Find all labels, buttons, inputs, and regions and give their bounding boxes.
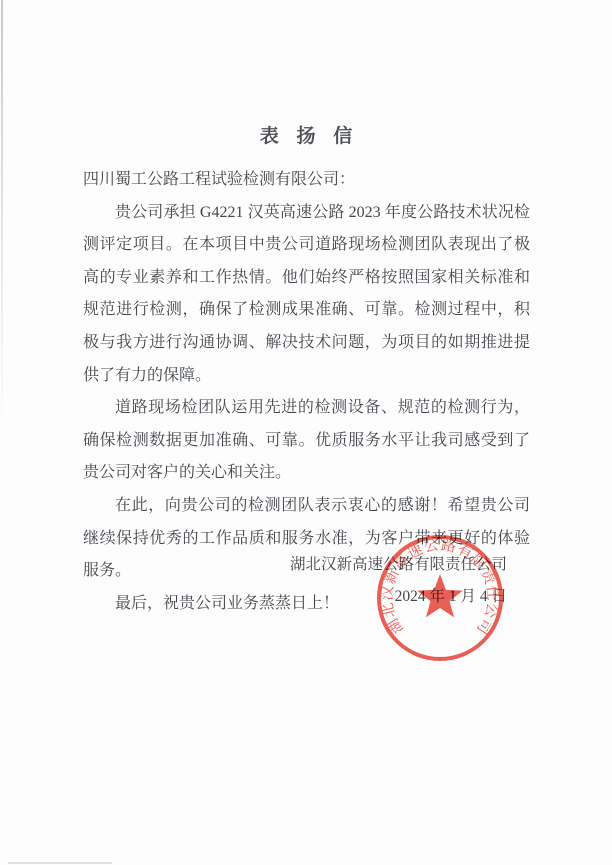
paragraph: 贵公司承担 G4221 汉英高速公路 2023 年度公路技术状况检测评定项目。在… xyxy=(83,197,530,393)
letter-title: 表 扬 信 xyxy=(0,121,612,148)
scanned-letter-page: 表 扬 信 四川蜀工公路工程试验检测有限公司： 贵公司承担 G4221 汉英高速… xyxy=(0,0,612,865)
scan-corner-artifact xyxy=(8,862,112,864)
company-seal-stamp: 湖北汉新高速公路有限责任公司 xyxy=(370,528,510,668)
star-icon xyxy=(417,574,463,617)
scan-edge-artifact xyxy=(1,0,3,430)
salutation: 四川蜀工公路工程试验检测有限公司： xyxy=(83,164,530,197)
paragraph: 道路现场检团队运用先进的检测设备、规范的检测行为，确保检测数据更加准确、可靠。优… xyxy=(83,392,530,490)
